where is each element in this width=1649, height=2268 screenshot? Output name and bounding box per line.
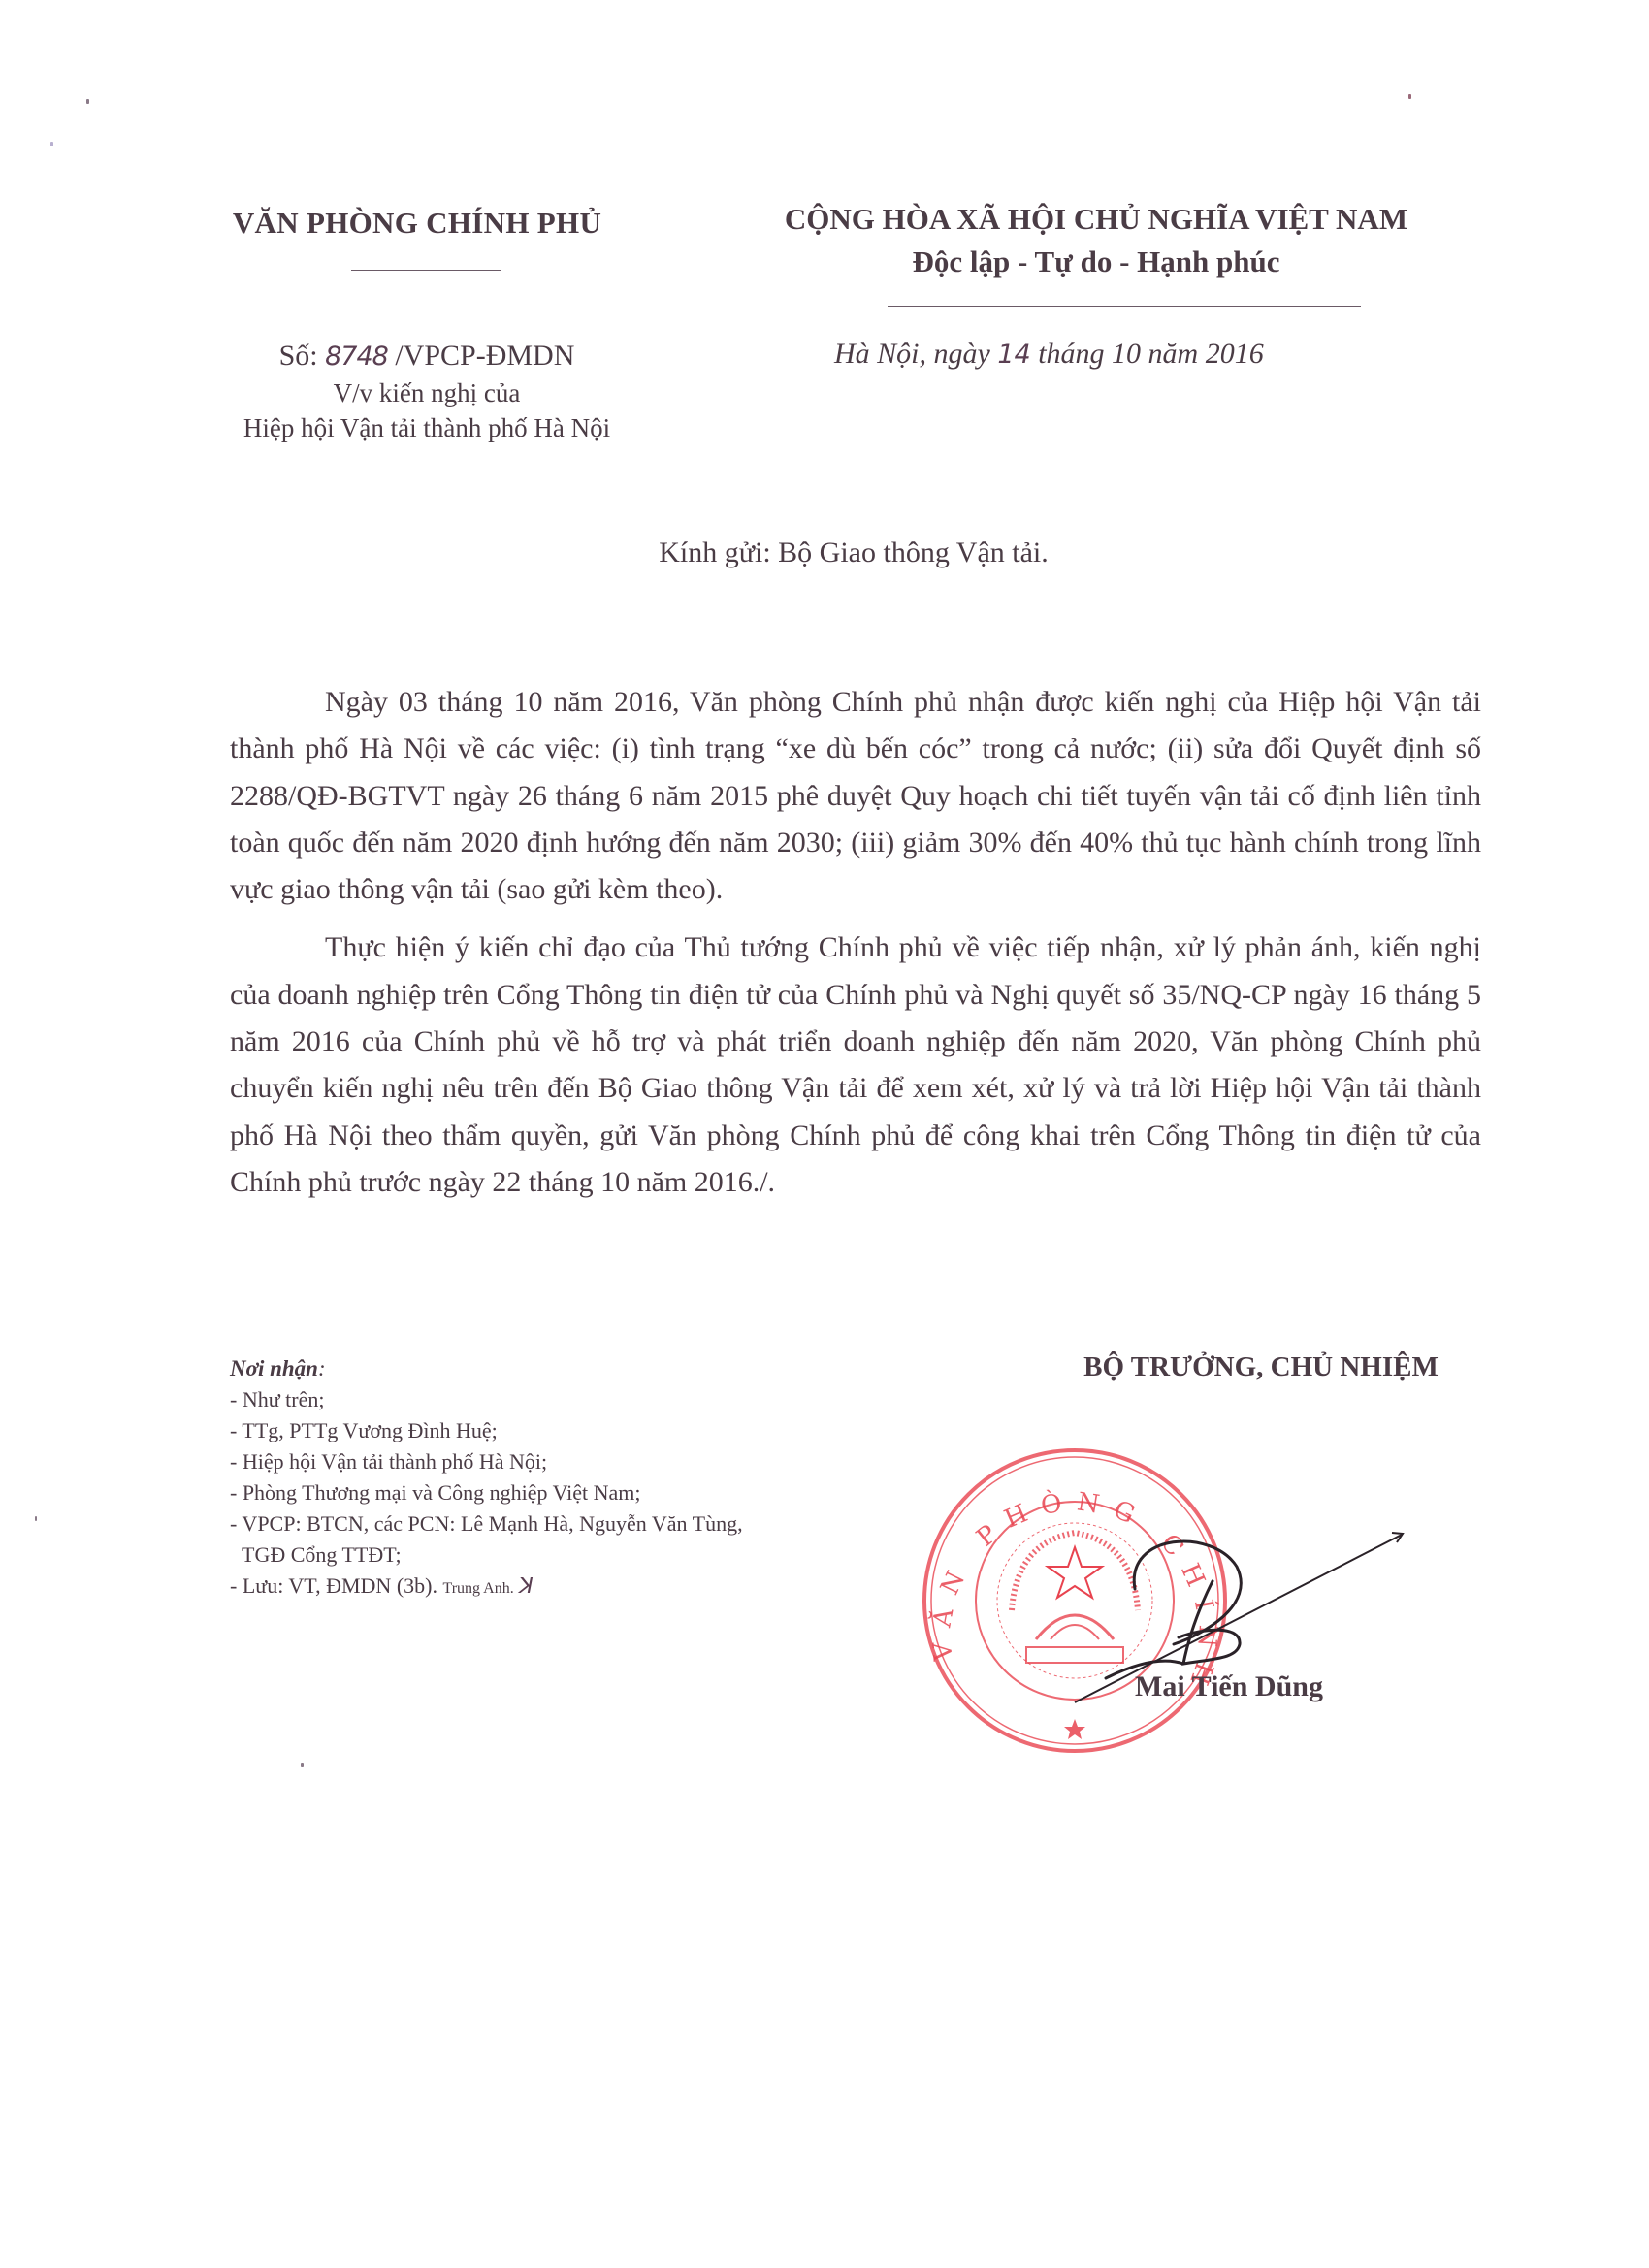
recipients-title: Nơi nhận: <box>230 1353 967 1384</box>
day-handwritten: 14 <box>997 340 1030 370</box>
header-divider-right <box>888 306 1361 307</box>
signatory-title: BỘ TRƯỞNG, CHỦ NHIỆM <box>1028 1351 1494 1383</box>
drafter-initials: ꓘ <box>519 1574 533 1599</box>
nation-title: CỘNG HÒA XÃ HỘI CHỦ NGHĨA VIỆT NAM <box>718 202 1474 237</box>
addressee: Kính gửi: Bộ Giao thông Vận tải. <box>0 536 1649 569</box>
scan-speck <box>35 1516 37 1521</box>
drafter-name: Trung Anh. <box>442 1580 513 1597</box>
signer-name: Mai Tiến Dũng <box>1135 1670 1445 1703</box>
place-date: Hà Nội, ngày 14 tháng 10 năm 2016 <box>834 338 1416 371</box>
reference-number: Số: 8748 /VPCP-ĐMDN <box>175 338 679 375</box>
recipient-item: TGĐ Cổng TTĐT; <box>230 1539 967 1571</box>
recipient-item: - VPCP: BTCN, các PCN: Lê Mạnh Hà, Nguyễ… <box>230 1508 967 1539</box>
recipients-list: Nơi nhận: - Như trên; - TTg, PTTg Vương … <box>230 1353 967 1604</box>
header-divider-left <box>351 270 501 271</box>
body-paragraph-1: Ngày 03 tháng 10 năm 2016, Văn phòng Chí… <box>230 679 1481 913</box>
scan-speck <box>50 142 53 146</box>
reference-number-handwritten: 8748 <box>325 341 388 372</box>
national-motto: Độc lập - Tự do - Hạnh phúc <box>718 244 1474 279</box>
reference-label: Số: <box>279 340 318 372</box>
letter-body: Ngày 03 tháng 10 năm 2016, Văn phòng Chí… <box>230 679 1481 1217</box>
place-date-suffix: tháng 10 năm 2016 <box>1038 338 1264 370</box>
body-paragraph-2: Thực hiện ý kiến chỉ đạo của Thủ tướng C… <box>230 924 1481 1206</box>
scan-speck <box>301 1763 304 1767</box>
recipient-item: - Phòng Thương mại và Công nghiệp Việt N… <box>230 1477 967 1508</box>
issuing-org: VĂN PHÒNG CHÍNH PHỦ <box>175 206 660 241</box>
subject-line-2: Hiệp hội Vận tải thành phố Hà Nội <box>175 410 679 445</box>
recipient-item: - Như trên; <box>230 1384 967 1415</box>
document-reference: Số: 8748 /VPCP-ĐMDN V/v kiến nghị của Hi… <box>175 338 679 445</box>
archive-line: - Lưu: VT, ĐMDN (3b). Trung Anh. ꓘ <box>230 1571 967 1604</box>
archive-label: - Lưu: VT, ĐMDN (3b). <box>230 1573 437 1598</box>
scan-speck <box>86 99 89 104</box>
subject-line-1: V/v kiến nghị của <box>175 375 679 410</box>
recipient-item: - TTg, PTTg Vương Đình Huệ; <box>230 1415 967 1446</box>
place-date-prefix: Hà Nội, ngày <box>834 338 990 370</box>
reference-suffix: /VPCP-ĐMDN <box>395 340 574 372</box>
scan-speck <box>1408 94 1411 99</box>
recipient-item: - Hiệp hội Vận tải thành phố Hà Nội; <box>230 1446 967 1477</box>
